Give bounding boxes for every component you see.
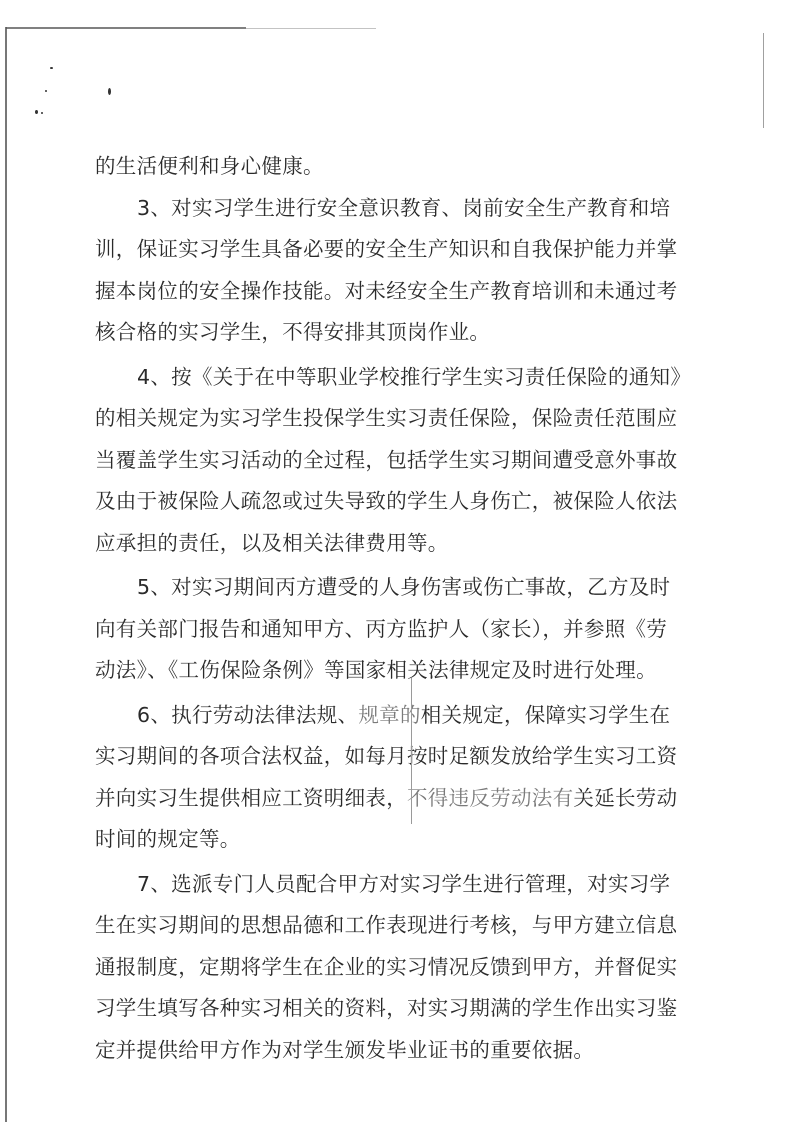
scan-border-top-faint	[246, 28, 376, 29]
paragraph-line: 6、执行劳动法律法规、规章的相关规定，保障实习学生在	[95, 695, 675, 737]
paragraph-line: 握本岗位的安全操作技能。对未经安全生产教育培训和未通过考	[95, 271, 675, 313]
document-page: 的生活便利和身心健康。 3、对实习学生进行安全意识教育、岗前安全生产教育和培 训…	[95, 146, 675, 1071]
scan-speck	[108, 88, 111, 95]
paragraph-line: 习学生填写各种实习相关的资料，对实习期满的学生作出实习鉴	[95, 988, 675, 1030]
paragraph-line: 训，保证实习学生具备必要的安全生产知识和自我保护能力并掌	[95, 229, 675, 271]
paragraph-line: 定并提供给甲方作为对学生颁发毕业证书的重要依据。	[95, 1030, 675, 1072]
text-segment: 6、执行劳动法律法规、	[137, 703, 358, 727]
paragraph-line: 向有关部门报告和通知甲方、丙方监护人（家长），并参照《劳	[95, 609, 675, 651]
scan-border-right	[763, 33, 764, 128]
scan-border-left	[5, 27, 7, 1122]
text-segment-faded: 不得违反劳动法有	[407, 786, 573, 810]
scan-speck	[41, 112, 43, 114]
text-segment: 相关规定，保障实习学生在	[421, 703, 671, 727]
paragraph-line: 当覆盖学生实习活动的全过程，包括学生实习期间遭受意外事故	[95, 440, 675, 482]
scan-border-top	[6, 27, 246, 29]
paragraph-line: 实习期间的各项合法权益，如每月按时足额发放给学生实习工资	[95, 736, 675, 778]
paragraph-line: 5、对实习期间丙方遭受的人身伤害或伤亡事故，乙方及时	[95, 567, 675, 609]
scan-speck	[50, 67, 53, 69]
paragraph-continuation-line: 的生活便利和身心健康。	[95, 146, 675, 188]
text-segment: 并向实习生提供相应工资明细表，	[95, 786, 407, 810]
scan-speck	[45, 90, 47, 92]
paragraph-line: 核合格的实习学生，不得安排其顶岗作业。	[95, 312, 675, 354]
paragraph-6: 6、执行劳动法律法规、规章的相关规定，保障实习学生在 实习期间的各项合法权益，如…	[95, 695, 675, 861]
text-segment: 关延长劳动	[573, 786, 677, 810]
paragraph-3: 3、对实习学生进行安全意识教育、岗前安全生产教育和培 训，保证实习学生具备必要的…	[95, 188, 675, 354]
paragraph-5: 5、对实习期间丙方遭受的人身伤害或伤亡事故，乙方及时 向有关部门报告和通知甲方、…	[95, 567, 675, 692]
paragraph-4: 4、按《关于在中等职业学校推行学生实习责任保险的通知》 的相关规定为实习学生投保…	[95, 357, 675, 565]
paragraph-line: 生在实习期间的思想品德和工作表现进行考核，与甲方建立信息	[95, 905, 675, 947]
paragraph-line: 3、对实习学生进行安全意识教育、岗前安全生产教育和培	[95, 188, 675, 230]
paragraph-line: 4、按《关于在中等职业学校推行学生实习责任保险的通知》	[95, 357, 675, 399]
scan-artifact-vertical-line	[411, 678, 412, 824]
paragraph-line: 及由于被保险人疏忽或过失导致的学生人身伤亡，被保险人依法	[95, 481, 675, 523]
paragraph-line: 并向实习生提供相应工资明细表，不得违反劳动法有关延长劳动	[95, 778, 675, 820]
paragraph-line: 应承担的责任，以及相关法律费用等。	[95, 523, 675, 565]
scan-speck	[35, 110, 38, 114]
paragraph-line: 7、选派专门人员配合甲方对实习学生进行管理，对实习学	[95, 864, 675, 906]
paragraph-line: 动法》、《工伤保险条例》等国家相关法律规定及时进行处理。	[95, 650, 675, 692]
paragraph-line: 通报制度，定期将学生在企业的实习情况反馈到甲方，并督促实	[95, 947, 675, 989]
paragraph-line: 的相关规定为实习学生投保学生实习责任保险，保险责任范围应	[95, 398, 675, 440]
paragraph-line: 时间的规定等。	[95, 819, 675, 861]
paragraph-7: 7、选派专门人员配合甲方对实习学生进行管理，对实习学 生在实习期间的思想品德和工…	[95, 864, 675, 1072]
